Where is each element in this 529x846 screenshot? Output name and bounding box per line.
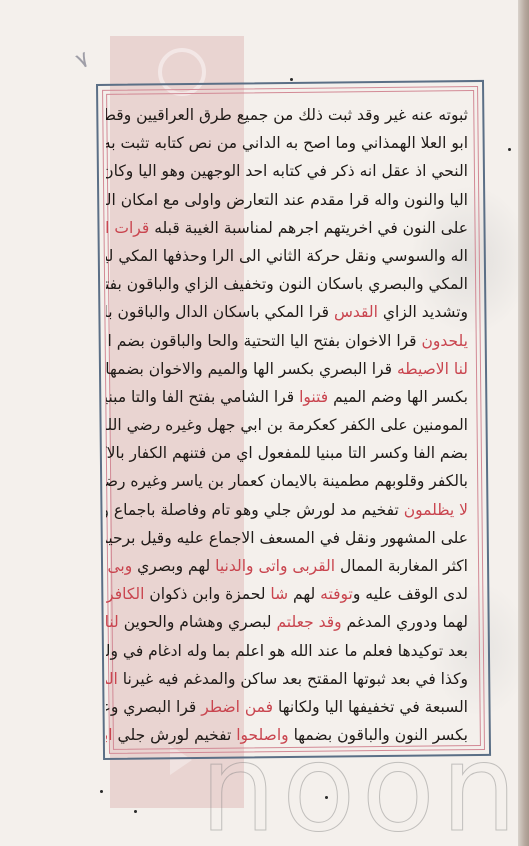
text-span: السبعة في تخفيفها اليا ولكانها — [273, 698, 468, 716]
text-span: قرا الشامي بفتح الفا والتا مبنيا للفاعل … — [106, 388, 299, 406]
rubric-word: الكافرين — [106, 585, 144, 603]
text-span: تفخيم مد لورش جلي وهو تام وفاصلة باجماع … — [106, 501, 404, 519]
text-span: لهم — [288, 585, 320, 603]
manuscript-page: ٧ ثبوته عنه غير وقد ثبت ذلك من جميع طرق … — [0, 0, 529, 846]
text-span: لدى الوقف عليه و — [353, 585, 468, 603]
rubric-word: فتنوا — [299, 388, 328, 406]
manuscript-line: النحي اذ عقل انه ذكر في كتابه احد الوجهي… — [106, 157, 468, 185]
rubric-word: لنا — [106, 613, 119, 631]
rubric-word: الميتة — [106, 670, 118, 688]
manuscript-line: وكذا في بعد ثبوتها المقتح بعد ساكن والمد… — [106, 665, 468, 693]
manuscript-line: بالكفر وقلوبهم مطمينة بالايمان كعمار بن … — [106, 467, 468, 495]
manuscript-line: المومنين على الكفر كعكرمة بن ابي جهل وغي… — [106, 411, 468, 439]
manuscript-line: اله والسوسي ونقل حركة الثاني الى الرا وح… — [106, 242, 468, 270]
rubric-word: القربى — [292, 557, 335, 575]
manuscript-line: لنا الاصيطه قرا البصري بكسر الها والميم … — [106, 355, 468, 383]
text-span: اليا والنون واله قرا مقدم عند التعارض وا… — [106, 191, 468, 209]
rubric-word: القدس — [334, 303, 378, 321]
text-span: بالكفر وقلوبهم مطمينة بالايمان كعمار بن … — [106, 472, 468, 490]
manuscript-line: بكسر الها وضم الميم فتنوا قرا الشامي بفت… — [106, 383, 468, 411]
text-span: قرا المكي باسكان الدال والباقون بالضم — [106, 303, 334, 321]
ink-speck — [290, 78, 293, 81]
manuscript-line: يلحدون قرا الاخوان بفتح اليا التحتية وال… — [106, 327, 468, 355]
rubric-word: فمن اضطر — [201, 698, 273, 716]
manuscript-text-block: ثبوته عنه غير وقد ثبت ذلك من جميع طرق ال… — [106, 101, 468, 749]
page-gutter-shadow — [518, 0, 529, 846]
rubric-word: واتى — [258, 557, 287, 575]
rubric-word: لا يظلمون — [404, 501, 468, 519]
text-span: على المشهور ونقل في المسعف الاجماع عليه … — [106, 529, 468, 547]
text-span: النحي اذ عقل انه ذكر في كتابه احد الوجهي… — [106, 162, 468, 180]
manuscript-line: اليا والنون واله قرا مقدم عند التعارض وا… — [106, 186, 468, 214]
text-span: لهما ودوري المدغم — [342, 613, 468, 631]
text-span: قرا الاخوان بفتح اليا التحتية والحا والب… — [106, 332, 422, 350]
manuscript-line: ثبوته عنه غير وقد ثبت ذلك من جميع طرق ال… — [106, 101, 468, 129]
manuscript-line: السبعة في تخفيفها اليا ولكانها فمن اضطر … — [106, 693, 468, 721]
manuscript-line: على المشهور ونقل في المسعف الاجماع عليه … — [106, 524, 468, 552]
manuscript-line: لا يظلمون تفخيم مد لورش جلي وهو تام وفاص… — [106, 496, 468, 524]
text-span: اكثر المغاربة الممال — [335, 557, 468, 575]
ink-speck — [100, 790, 103, 793]
text-span: على النون في اخريتهم اجرهم لمناسبة الغيب… — [149, 219, 468, 237]
rubric-word: وقد جعلتم — [276, 613, 341, 631]
rubric-word: يلحدون — [422, 332, 468, 350]
rubric-word: وبى — [108, 557, 133, 575]
text-span: قرا البصري بكسر الها والميم والاخوان بضم… — [106, 360, 397, 378]
text-span: لهم وبصري — [132, 557, 215, 575]
text-span: ابو العلا الهمذاني وما اصح به الداني من … — [106, 134, 468, 152]
text-span: لبصري وهشام والحوين — [119, 613, 277, 631]
manuscript-line: اكثر المغاربة الممال القربى واتى والدنيا… — [106, 552, 468, 580]
text-span: بكسر الها وضم الميم — [328, 388, 468, 406]
rubric-word: لنا الاصيطه — [397, 360, 468, 378]
text-span: وكذا في بعد ثبوتها المقتح بعد ساكن والمد… — [118, 670, 468, 688]
text-span: بضم الفا وكسر التا مبنيا للمفعول اي من ف… — [106, 444, 468, 462]
noon-watermark: noon — [200, 740, 529, 840]
manuscript-line: على النون في اخريتهم اجرهم لمناسبة الغيب… — [106, 214, 468, 242]
text-span: المكي والبصري باسكان النون وتخفيف الزاي … — [106, 275, 468, 293]
text-span: اله والسوسي ونقل حركة الثاني الى الرا وح… — [106, 247, 468, 265]
manuscript-line: وتشديد الزاي القدس قرا المكي باسكان الدا… — [106, 298, 468, 326]
manuscript-line: ابو العلا الهمذاني وما اصح به الداني من … — [106, 129, 468, 157]
manuscript-line: لدى الوقف عليه وتوفته لهم شا لحمزة وابن … — [106, 580, 468, 608]
manuscript-line: بعد توكيدها فعلم ما عند الله هو اعلم بما… — [106, 637, 468, 665]
rubric-word: توفته — [320, 585, 353, 603]
manuscript-line: بضم الفا وكسر التا مبنيا للمفعول اي من ف… — [106, 439, 468, 467]
ink-speck — [508, 148, 511, 151]
text-span: المومنين على الكفر كعكرمة بن ابي جهل وغي… — [106, 416, 468, 434]
manuscript-line: لهما ودوري المدغم وقد جعلتم لبصري وهشام … — [106, 608, 468, 636]
rubric-word: ابراهيم — [106, 726, 113, 744]
manuscript-line: المكي والبصري باسكان النون وتخفيف الزاي … — [106, 270, 468, 298]
rubric-word: قرات القران — [106, 219, 149, 237]
rubric-word: شا — [270, 585, 288, 603]
text-span: ثبوته عنه غير وقد ثبت ذلك من جميع طرق ال… — [106, 106, 468, 124]
ink-speck — [325, 796, 328, 799]
text-span: وتشديد الزاي — [378, 303, 468, 321]
text-span: بعد توكيدها فعلم ما عند الله هو اعلم بما… — [106, 642, 468, 660]
text-span: لحمزة وابن ذكوان — [144, 585, 270, 603]
rubric-word: والدنيا — [215, 557, 253, 575]
text-span: قرا البصري وعاصم وحمزة — [106, 698, 201, 716]
ink-speck — [134, 810, 137, 813]
